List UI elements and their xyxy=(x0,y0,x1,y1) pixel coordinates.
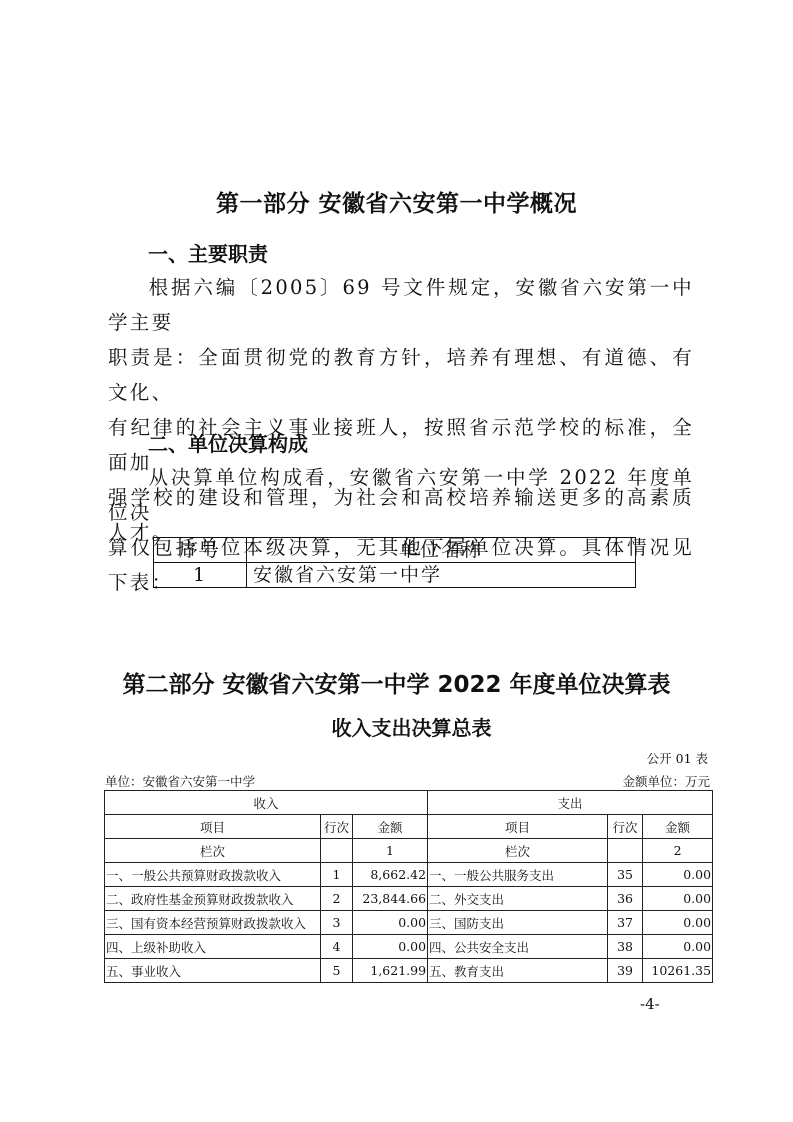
column-header-row: 项目 行次 金额 项目 行次 金额 xyxy=(105,815,713,839)
table-code: 公开 01 表 xyxy=(647,749,708,767)
lanci-row: 栏次 1 栏次 2 xyxy=(105,839,713,863)
unit-composition-table: 序号 单位名称 1 安徽省六安第一中学 xyxy=(153,537,636,588)
section2-heading: 二、单位决算构成 xyxy=(148,428,308,457)
expense-item: 一、一般公共服务支出 xyxy=(428,863,608,887)
expense-row-no: 39 xyxy=(608,959,643,983)
col-row: 行次 xyxy=(608,815,643,839)
income-item: 三、国有资本经营预算财政拨款收入 xyxy=(105,911,321,935)
page-number: -4- xyxy=(640,995,660,1013)
lanci-label: 栏次 xyxy=(105,839,321,863)
cell-unit-name: 安徽省六安第一中学 xyxy=(247,563,636,588)
income-row-no: 5 xyxy=(321,959,353,983)
income-row-no: 2 xyxy=(321,887,353,911)
header-seq: 序号 xyxy=(154,538,247,563)
income-col-no: 1 xyxy=(353,839,428,863)
section-header-row: 收入 支出 xyxy=(105,791,713,815)
lanci-label: 栏次 xyxy=(428,839,608,863)
expense-amount: 0.00 xyxy=(643,911,713,935)
expense-amount: 10261.35 xyxy=(643,959,713,983)
table-row: 一、一般公共预算财政拨款收入 1 8,662.42 一、一般公共服务支出 35 … xyxy=(105,863,713,887)
unit-label: 单位：安徽省六安第一中学 xyxy=(105,772,255,790)
income-amount: 8,662.42 xyxy=(353,863,428,887)
empty-cell xyxy=(321,839,353,863)
income-item: 二、政府性基金预算财政拨款收入 xyxy=(105,887,321,911)
section1-heading: 一、主要职责 xyxy=(148,238,268,267)
expense-item: 二、外交支出 xyxy=(428,887,608,911)
col-amount: 金额 xyxy=(353,815,428,839)
expense-item: 四、公共安全支出 xyxy=(428,935,608,959)
expense-col-no: 2 xyxy=(643,839,713,863)
income-expense-table: 收入 支出 项目 行次 金额 项目 行次 金额 栏次 1 栏次 2 一、一般公共… xyxy=(104,790,713,983)
col-amount: 金额 xyxy=(643,815,713,839)
table-row: 五、事业收入 5 1,621.99 五、教育支出 39 10261.35 xyxy=(105,959,713,983)
col-item: 项目 xyxy=(105,815,321,839)
income-item: 五、事业收入 xyxy=(105,959,321,983)
expense-row-no: 36 xyxy=(608,887,643,911)
table-row: 二、政府性基金预算财政拨款收入 2 23,844.66 二、外交支出 36 0.… xyxy=(105,887,713,911)
income-row-no: 1 xyxy=(321,863,353,887)
empty-cell xyxy=(608,839,643,863)
table-row: 四、上级补助收入 4 0.00 四、公共安全支出 38 0.00 xyxy=(105,935,713,959)
amount-unit: 金额单位：万元 xyxy=(622,772,710,790)
income-amount: 1,621.99 xyxy=(353,959,428,983)
income-header: 收入 xyxy=(105,791,428,815)
income-item: 四、上级补助收入 xyxy=(105,935,321,959)
cell-seq: 1 xyxy=(154,563,247,588)
table-title: 收入支出决算总表 xyxy=(0,712,793,741)
expense-item: 五、教育支出 xyxy=(428,959,608,983)
table-row: 1 安徽省六安第一中学 xyxy=(154,563,636,588)
income-item: 一、一般公共预算财政拨款收入 xyxy=(105,863,321,887)
expense-header: 支出 xyxy=(428,791,713,815)
expense-row-no: 38 xyxy=(608,935,643,959)
para-line: 从决算单位构成看，安徽省六安第一中学 2022 年度单位决 xyxy=(108,460,694,530)
para-line: 根据六编〔2005〕69 号文件规定，安徽省六安第一中学主要 xyxy=(108,270,694,340)
income-amount: 23,844.66 xyxy=(353,887,428,911)
income-row-no: 3 xyxy=(321,911,353,935)
table-header-row: 序号 单位名称 xyxy=(154,538,636,563)
expense-amount: 0.00 xyxy=(643,887,713,911)
table-row: 三、国有资本经营预算财政拨款收入 3 0.00 三、国防支出 37 0.00 xyxy=(105,911,713,935)
income-amount: 0.00 xyxy=(353,911,428,935)
part1-title: 第一部分 安徽省六安第一中学概况 xyxy=(0,185,793,218)
expense-amount: 0.00 xyxy=(643,935,713,959)
income-amount: 0.00 xyxy=(353,935,428,959)
expense-amount: 0.00 xyxy=(643,863,713,887)
para-line: 职责是：全面贯彻党的教育方针，培养有理想、有道德、有文化、 xyxy=(108,340,694,410)
expense-item: 三、国防支出 xyxy=(428,911,608,935)
expense-row-no: 37 xyxy=(608,911,643,935)
part2-title: 第二部分 安徽省六安第一中学 2022 年度单位决算表 xyxy=(0,666,793,699)
income-row-no: 4 xyxy=(321,935,353,959)
col-row: 行次 xyxy=(321,815,353,839)
col-item: 项目 xyxy=(428,815,608,839)
header-unit-name: 单位名称 xyxy=(247,538,636,563)
expense-row-no: 35 xyxy=(608,863,643,887)
